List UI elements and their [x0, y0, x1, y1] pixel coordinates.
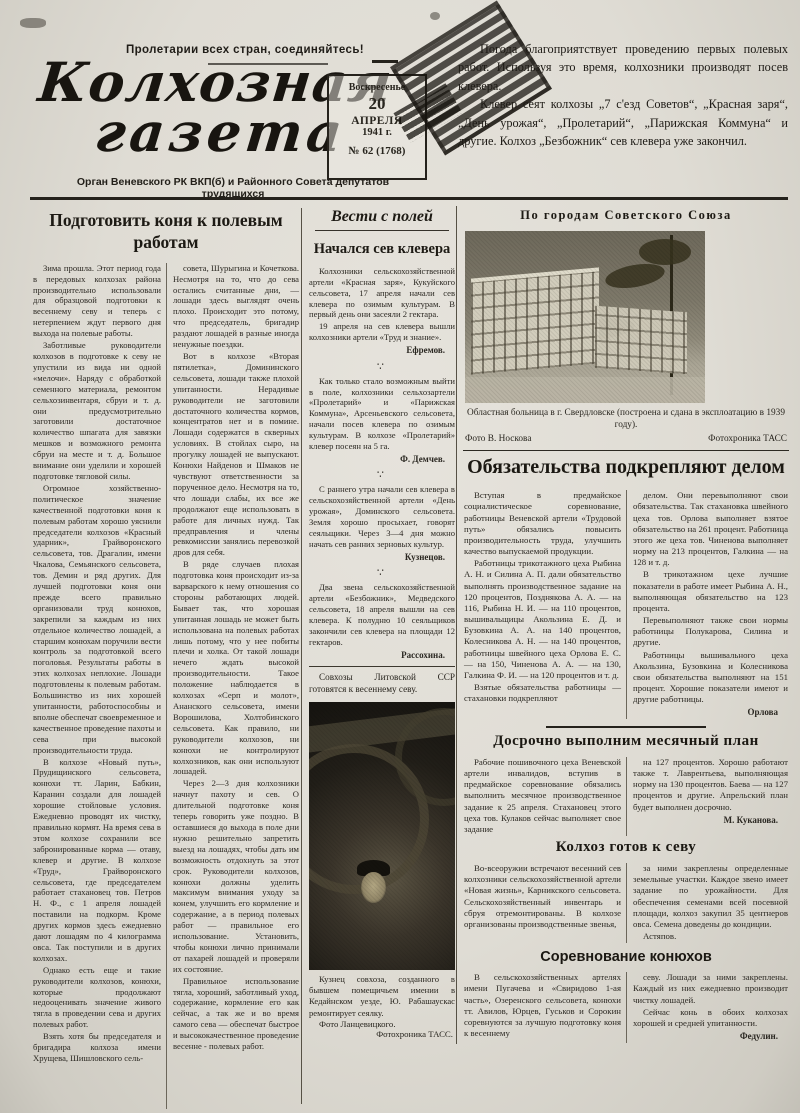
article-body: Вступая в предмайское социалистическое с…	[463, 490, 789, 719]
paragraph: Взять хотя бы председателя и бригадира к…	[33, 1031, 161, 1064]
news-item: Два звена сельскохозяйственной артели «Б…	[309, 582, 455, 661]
article-subcolumn-text: делом. Они перевыполняют свои обязательс…	[633, 490, 788, 705]
photo-credit: Фото В. Носкова	[465, 434, 531, 444]
article-subcolumn-right: за ними закреплены определенные земельны…	[626, 863, 789, 943]
newspaper-title: Колхозная газета	[31, 58, 341, 157]
divider	[463, 450, 789, 451]
article-subcolumn-left: Зима прошла. Этот период года в передовы…	[32, 263, 166, 1109]
paragraph: совета, Шурыгина и Кочеткова. Несмотря н…	[173, 263, 299, 350]
photo-credits: Фото В. Носкова Фотохроника ТАСС	[463, 434, 789, 444]
article-subcolumn-right: севу. Лошади за ними закреплены. Каждый …	[626, 972, 789, 1042]
article-subcolumn-left: Во-всеоружии встречают весенний сев колх…	[463, 863, 626, 943]
paragraph: Через 2—3 дня колхозники начнут пахоту и…	[173, 778, 299, 974]
section-field-news: Вести с полей Начался сев клевера Колхоз…	[309, 206, 455, 1039]
section-header: По городам Советского Союза	[463, 208, 789, 223]
paragraph: Заботливые руководители колхозов в подго…	[33, 340, 161, 482]
byline: Ф. Демчев.	[309, 454, 455, 465]
section-dinkus: ∵	[309, 360, 455, 373]
article-subcolumn-right: делом. Они перевыполняют свои обязательс…	[626, 490, 789, 719]
paragraph: Вступая в предмайское социалистическое с…	[464, 490, 621, 557]
article-body: Рабочие пошивочного цеха Веневской артел…	[463, 757, 789, 836]
news-item: Колхозники сельскохозяйственной артели «…	[309, 266, 455, 357]
paragraph: Рабочие пошивочного цеха Веневской артел…	[464, 757, 621, 835]
paragraph: Вот в колхозе «Вторая пятилетка», Домини…	[173, 351, 299, 558]
masthead-rule	[30, 197, 788, 200]
paragraph: Сейчас конь в обоих колхозах хорошей и с…	[633, 1007, 788, 1029]
photo-intro: Совхозы Литовской ССР готовятся к весенн…	[309, 672, 455, 696]
blacksmith-photo	[309, 702, 455, 970]
hospital-photo	[465, 231, 705, 403]
paragraph: Огромное хозяйственно-политическое значе…	[33, 483, 161, 756]
paragraph: Работницы трикотажного цеха Рыбина А. Н.…	[464, 558, 621, 681]
paragraph: севу. Лошади за ними закреплены. Каждый …	[633, 972, 788, 1006]
photo-credit: Фотохроника ТАСС	[708, 434, 787, 444]
paragraph: В ряде случаев плохая подготовка коня пр…	[173, 559, 299, 777]
paragraph: делом. Они перевыполняют свои обязательс…	[633, 490, 788, 568]
news-item: С раннего утра начали сев клевера в сель…	[309, 484, 455, 563]
photo-caption-text: Кузнец совхоза, созданного в бывшем поме…	[309, 974, 455, 1019]
paragraph: Перевыполняют также свои нормы работницы…	[633, 615, 788, 649]
section-soviet-cities: По городам Советского Союза Областная бо…	[463, 206, 789, 1043]
article-horse-preparation: Подготовить коня к полевым работам Зима …	[32, 208, 300, 1109]
divider	[546, 726, 706, 728]
paragraph: Работницы вышивального цеха Акользина, Б…	[633, 650, 788, 706]
paragraph: на 127 процентов. Хорошо работают также …	[633, 757, 788, 813]
column-divider	[301, 208, 302, 1104]
photo-credit: Фото Ланцевицкого.	[309, 1019, 455, 1029]
paragraph: В сельскохозяйственных артелях имени Пуг…	[464, 972, 621, 1039]
paragraph: Зима прошла. Этот период года в передовы…	[33, 263, 161, 339]
paragraph: Взятые обязательства работницы — стахано…	[464, 682, 621, 704]
byline: Федулин.	[633, 1031, 788, 1042]
ink-smudge	[20, 18, 46, 28]
newspaper-title-line2: газета	[93, 108, 336, 158]
article-headline: Досрочно выполним месячный план	[463, 733, 789, 750]
lead-paragraph: Погода благоприятствует проведению первы…	[458, 40, 788, 95]
article-subcolumn-text: севу. Лошади за ними закреплены. Каждый …	[633, 972, 788, 1029]
photo-caption: Областная больница в г. Свердловске (пос…	[463, 407, 789, 431]
section-header: Вести с полей	[315, 208, 449, 231]
photo-credit: Фотохроника ТАСС.	[309, 1029, 455, 1039]
section-dinkus: ∵	[309, 566, 455, 579]
article-subcolumn-text: на 127 процентов. Хорошо работают также …	[633, 757, 788, 813]
article-body: Во-всеоружии встречают весенний сев колх…	[463, 863, 789, 943]
article-subcolumn-left: В сельскохозяйственных артелях имени Пуг…	[463, 972, 626, 1042]
paragraph: Однако есть еще и такие руководители кол…	[33, 965, 161, 1030]
paragraph: В трикотажном цехе лучшие показатели в р…	[633, 569, 788, 614]
article-subcolumn-left: Вступая в предмайское социалистическое с…	[463, 490, 626, 719]
byline: Кузнецов.	[309, 552, 455, 563]
article-headline: Подготовить коня к полевым работам	[32, 210, 300, 254]
article-body: Зима прошла. Этот период года в передовы…	[32, 263, 300, 1109]
news-paragraph: Колхозники сельскохозяйственной артели «…	[309, 266, 455, 321]
photo-caption: Кузнец совхоза, созданного в бывшем поме…	[309, 974, 455, 1019]
news-paragraph: 19 апреля на сев клевера вышли колхозник…	[309, 321, 455, 343]
article-body: В сельскохозяйственных артелях имени Пуг…	[463, 972, 789, 1042]
paragraph: Астяпов.	[633, 931, 788, 942]
article-subcolumn-right: совета, Шурыгина и Кочеткова. Несмотря н…	[166, 263, 300, 1109]
article-headline: Соревнование конюхов	[463, 949, 789, 965]
byline: Рассохина.	[309, 650, 455, 661]
news-paragraph: Как только стало возможным выйти в поле,…	[309, 376, 455, 452]
photo-grain	[309, 702, 455, 970]
newspaper-page: Пролетарии всех стран, соединяйтесь! Кол…	[0, 0, 800, 1113]
byline: Орлова	[633, 707, 788, 718]
photo-intro-text: Совхозы Литовской ССР готовятся к весенн…	[309, 672, 455, 696]
article-headline: Колхоз готов к севу	[463, 839, 789, 856]
paragraph: Правильное использование тягла, хороший,…	[173, 976, 299, 1052]
lead-note: Погода благоприятствует проведению первы…	[458, 40, 788, 151]
paragraph: В колхозе «Новый путь», Прудищинского се…	[33, 757, 161, 964]
news-paragraph: С раннего утра начали сев клевера в сель…	[309, 484, 455, 549]
news-item: Как только стало возможным выйти в поле,…	[309, 376, 455, 466]
article-headline: Начался сев клевера	[309, 240, 455, 259]
section-dinkus: ∵	[309, 468, 455, 481]
paragraph: за ними закреплены определенные земельны…	[633, 863, 788, 930]
news-paragraph: Два звена сельскохозяйственной артели «Б…	[309, 582, 455, 647]
divider	[309, 666, 455, 667]
lead-paragraph: Клевер сеят колхозы „7 с'езд Советов“, „…	[458, 95, 788, 150]
article-subcolumn-left: Рабочие пошивочного цеха Веневской артел…	[463, 757, 626, 836]
photo-grain	[465, 231, 705, 403]
issue-number: № 62 (1768)	[334, 145, 420, 157]
paragraph: Во-всеоружии встречают весенний сев колх…	[464, 863, 621, 930]
article-headline: Обязательства подкрепляют делом	[463, 455, 789, 480]
column-divider	[456, 206, 457, 1044]
article-subcolumn-right: на 127 процентов. Хорошо работают также …	[626, 757, 789, 836]
byline: М. Куканова.	[633, 815, 788, 826]
byline: Ефремов.	[309, 345, 455, 356]
ink-smudge	[430, 12, 440, 20]
